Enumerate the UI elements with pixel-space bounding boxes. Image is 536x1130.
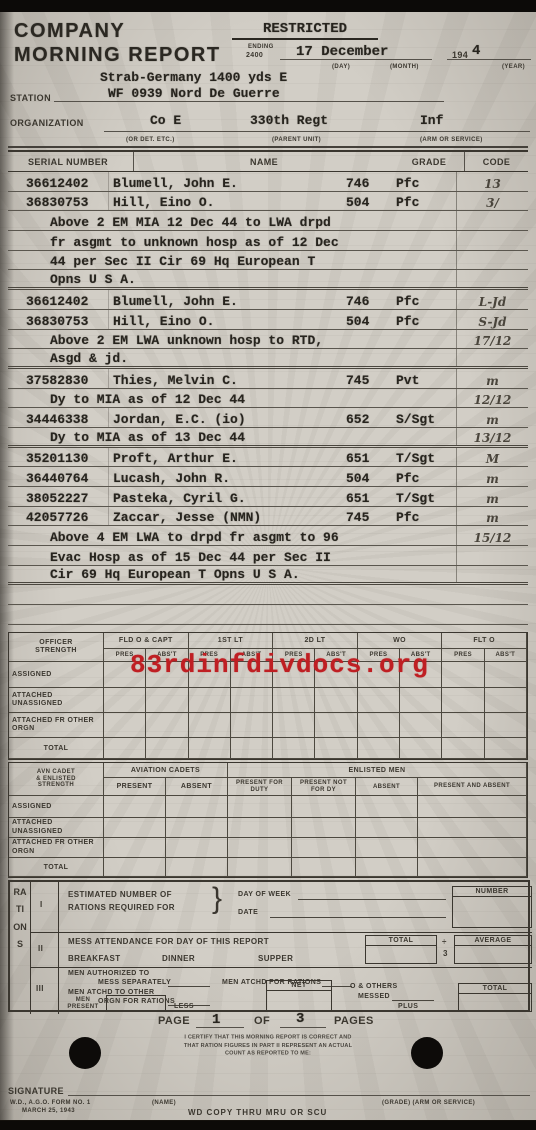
table-cell bbox=[104, 796, 166, 818]
form-number: W.D., A.G.O. FORM NO. 1 bbox=[10, 1100, 91, 1106]
day-of-week-blank bbox=[298, 892, 446, 900]
subheader-present: PRESENT bbox=[104, 778, 166, 796]
pages-label: PAGES bbox=[334, 1015, 374, 1027]
grade-value: Pfc bbox=[396, 510, 456, 525]
row-label-assigned: ASSIGNED bbox=[9, 662, 104, 688]
rations-total-label: TOTAL bbox=[459, 984, 531, 994]
row-label-attached-fr-other-orgn: ATTACHED FR OTHER ORGN bbox=[9, 838, 104, 858]
rations-divider bbox=[58, 882, 59, 1014]
soldier-name: Hill, Eino O. bbox=[108, 310, 346, 329]
corner-line2: & ENLISTED bbox=[36, 776, 76, 782]
report-date: 17 December bbox=[296, 44, 388, 60]
table-cell bbox=[292, 838, 356, 858]
men-authorized-label: MEN AUTHORIZED TO bbox=[68, 970, 149, 977]
serial-number: 34446338 bbox=[8, 412, 108, 427]
table-cell bbox=[189, 713, 231, 738]
table-cell bbox=[166, 858, 228, 877]
section-numeral-iii: III bbox=[36, 984, 44, 993]
handwritten-code bbox=[456, 251, 528, 270]
men-present-label: MEN PRESENT bbox=[62, 997, 104, 1011]
year-sublabel: (YEAR) bbox=[502, 64, 525, 70]
table-cell bbox=[418, 838, 527, 858]
soldier-name: Pasteka, Cyril G. bbox=[108, 487, 346, 506]
serial-number: 36440764 bbox=[8, 471, 108, 486]
soldier-name: Hill, Eino O. bbox=[108, 192, 346, 211]
remark-text: Above 2 EM MIA 12 Dec 44 to LWA drpd bbox=[8, 215, 456, 230]
corner-line1: AVN CADET bbox=[37, 769, 75, 775]
blank-ruled-line bbox=[8, 605, 528, 625]
remark-text: Dy to MIA as of 12 Dec 44 bbox=[8, 392, 456, 407]
handwritten-code bbox=[456, 349, 528, 366]
table-cell bbox=[231, 713, 273, 738]
organization-arm: Inf bbox=[420, 113, 443, 128]
enlisted-strength-table: AVN CADET & ENLISTED STRENGTH AVIATION C… bbox=[8, 762, 528, 878]
rations-divider bbox=[30, 882, 31, 1014]
grade-value: Pfc bbox=[396, 314, 456, 329]
table-cell bbox=[146, 713, 188, 738]
number-box: NUMBER bbox=[452, 886, 532, 928]
organization-parent-unit: 330th Regt bbox=[250, 113, 328, 128]
column-header-grade: GRADE bbox=[394, 157, 464, 167]
table-cell bbox=[358, 738, 400, 759]
table-row-remark: Above 2 EM MIA 12 Dec 44 to LWA drpd bbox=[8, 211, 528, 231]
rations-vertical-label: RATIONS bbox=[13, 884, 27, 954]
table-row-remark: Evac Hosp as of 15 Dec 44 per Sec II bbox=[8, 546, 528, 566]
section-numeral-ii: II bbox=[38, 944, 43, 953]
group-header-enlisted-men: ENLISTED MEN bbox=[228, 763, 527, 778]
year-prefix: 194 bbox=[452, 50, 468, 60]
handwritten-code: m bbox=[456, 467, 528, 486]
table-cell bbox=[228, 818, 292, 838]
mess-separately-label: MESS SEPARATELY bbox=[98, 979, 171, 986]
rations-divider bbox=[30, 932, 532, 933]
of-label: OF bbox=[254, 1015, 270, 1027]
table-cell bbox=[146, 738, 188, 759]
o-and-others-label: O & OTHERS bbox=[350, 983, 398, 990]
table-cell bbox=[104, 688, 146, 713]
morning-report-scan: COMPANY RESTRICTED MORNING REPORT ENDING… bbox=[0, 0, 536, 1130]
table-cell bbox=[228, 858, 292, 877]
messed-blank bbox=[392, 993, 434, 1001]
organization-unit: Co E bbox=[150, 113, 181, 128]
table-row-remark: Above 4 EM LWA to drpd fr asgmt to 96 15… bbox=[8, 526, 528, 546]
handwritten-code: L-Jd bbox=[456, 290, 528, 309]
soldier-name: Lucash, John R. bbox=[108, 467, 346, 486]
blank-ruled-line bbox=[8, 585, 528, 605]
form-title-line2: MORNING REPORT bbox=[14, 44, 221, 67]
table-cell bbox=[485, 713, 527, 738]
brace-glyph: } bbox=[212, 882, 222, 916]
month-sublabel: (MONTH) bbox=[390, 64, 419, 70]
table-cell bbox=[315, 713, 357, 738]
signature-line bbox=[68, 1082, 530, 1096]
table-row: 36830753 Hill, Eino O. 504 Pfc S-Jd bbox=[8, 310, 528, 330]
rations-section: RATIONS I II III ESTIMATED NUMBER OF RAT… bbox=[8, 880, 530, 1012]
table-cell bbox=[315, 688, 357, 713]
table-cell bbox=[273, 713, 315, 738]
day-sublabel: (DAY) bbox=[332, 64, 350, 70]
subheader-abst: ABS'T bbox=[485, 649, 527, 662]
table-row-remark: Above 2 EM LWA unknown hosp to RTD, 17/1… bbox=[8, 330, 528, 350]
rations-required-label1: ESTIMATED NUMBER OF bbox=[68, 890, 172, 899]
group-header-fld-o-capt: FLD O & CAPT bbox=[104, 633, 189, 649]
soldier-name: Proft, Arthur E. bbox=[108, 448, 346, 467]
table-cell bbox=[189, 738, 231, 759]
remark-text: 44 per Sec II Cir 69 Hq European T bbox=[8, 254, 456, 269]
table-cell bbox=[418, 858, 527, 877]
column-header-serial: SERIAL NUMBER bbox=[8, 152, 134, 171]
certification-line3: COUNT AS REPORTED TO ME: bbox=[130, 1050, 406, 1058]
table-row: 36612402 Blumell, John E. 746 Pfc L-Jd bbox=[8, 290, 528, 310]
table-cell bbox=[231, 688, 273, 713]
table-row-remark: fr asgmt to unknown hosp as of 12 Dec bbox=[8, 231, 528, 251]
remark-text: Asgd & jd. bbox=[8, 351, 456, 366]
average-box: AVERAGE bbox=[454, 935, 532, 964]
handwritten-code: 13/12 bbox=[456, 428, 528, 445]
page-total: 3 bbox=[296, 1011, 304, 1027]
mos-number: 746 bbox=[346, 294, 396, 309]
soldier-name: Blumell, John E. bbox=[108, 290, 346, 309]
table-cell bbox=[400, 688, 442, 713]
organization-label: ORGANIZATION bbox=[10, 118, 84, 128]
table-row: 35201130 Proft, Arthur E. 651 T/Sgt M bbox=[8, 448, 528, 468]
handwritten-code: S-Jd bbox=[456, 310, 528, 329]
row-label-total: TOTAL bbox=[9, 738, 104, 759]
enlisted-strength-corner: AVN CADET & ENLISTED STRENGTH bbox=[9, 763, 104, 796]
mos-number: 745 bbox=[346, 373, 396, 388]
mos-number: 746 bbox=[346, 176, 396, 191]
handwritten-code: 3/ bbox=[456, 192, 528, 211]
table-cell bbox=[104, 858, 166, 877]
table-cell bbox=[356, 838, 418, 858]
archive-watermark: 83rdinfdivdocs.org bbox=[130, 650, 429, 680]
mess-total-box: TOTAL bbox=[365, 935, 437, 964]
column-header-code: CODE bbox=[464, 152, 528, 171]
roster-header-row: SERIAL NUMBER NAME GRADE CODE bbox=[8, 150, 528, 172]
table-cell bbox=[273, 688, 315, 713]
table-cell bbox=[146, 688, 188, 713]
certification-line2: THAT RATION FIGURES IN PART II REPRESENT… bbox=[130, 1042, 406, 1050]
table-cell bbox=[356, 818, 418, 838]
grade-value: T/Sgt bbox=[396, 491, 456, 506]
handwritten-code: 12/12 bbox=[456, 389, 528, 408]
net-box: NET bbox=[266, 980, 332, 1012]
remark-text: Above 2 EM LWA unknown hosp to RTD, bbox=[8, 333, 456, 348]
soldier-name: Jordan, E.C. (io) bbox=[108, 408, 346, 427]
mos-number: 745 bbox=[346, 510, 396, 525]
year-typed: 4 bbox=[472, 43, 480, 59]
mos-number: 652 bbox=[346, 412, 396, 427]
handwritten-code: m bbox=[456, 408, 528, 427]
handwritten-code: 15/12 bbox=[456, 526, 528, 545]
net-label: NET bbox=[267, 981, 331, 991]
grade-value: Pfc bbox=[396, 176, 456, 191]
row-label-attached-unassigned: ATTACHED UNASSIGNED bbox=[9, 688, 104, 713]
table-row: 36830753 Hill, Eino O. 504 Pfc 3/ bbox=[8, 192, 528, 212]
grade-value: Pfc bbox=[396, 471, 456, 486]
row-label-attached-fr-other-orgn: ATTACHED FR OTHER ORGN bbox=[9, 713, 104, 738]
plus-label: PLUS bbox=[398, 1003, 418, 1010]
table-row: 36612402 Blumell, John E. 746 Pfc 13 bbox=[8, 172, 528, 192]
breakfast-label: BREAKFAST bbox=[68, 954, 121, 963]
serial-number: 36830753 bbox=[8, 195, 108, 210]
table-cell bbox=[104, 738, 146, 759]
table-cell bbox=[400, 713, 442, 738]
table-cell bbox=[442, 713, 484, 738]
rations-total-box: TOTAL bbox=[458, 983, 532, 1012]
table-cell bbox=[358, 688, 400, 713]
certification-line1: I CERTIFY THAT THIS MORNING REPORT IS CO… bbox=[130, 1034, 406, 1042]
mos-number: 504 bbox=[346, 195, 396, 210]
unit-sublabel: (OR DET. ETC.) bbox=[126, 137, 175, 143]
soldier-name: Blumell, John E. bbox=[108, 172, 346, 191]
table-cell bbox=[485, 738, 527, 759]
roster-entries: 36612402 Blumell, John E. 746 Pfc 13 368… bbox=[8, 172, 528, 625]
date-blank bbox=[270, 910, 446, 918]
dinner-label: DINNER bbox=[162, 954, 195, 963]
table-cell bbox=[442, 688, 484, 713]
table-cell bbox=[292, 858, 356, 877]
grade-value: Pvt bbox=[396, 373, 456, 388]
group-header-aviation-cadets: AVIATION CADETS bbox=[104, 763, 228, 778]
handwritten-code bbox=[456, 231, 528, 250]
handwritten-code bbox=[456, 546, 528, 565]
mos-number: 504 bbox=[346, 314, 396, 329]
subheader-pres: PRES bbox=[442, 649, 484, 662]
table-row: 38052227 Pasteka, Cyril G. 651 T/Sgt m bbox=[8, 487, 528, 507]
number-box-label: NUMBER bbox=[453, 887, 531, 897]
table-cell bbox=[292, 796, 356, 818]
supper-label: SUPPER bbox=[258, 954, 293, 963]
mos-number: 651 bbox=[346, 491, 396, 506]
row-label-attached-unassigned: ATTACHED UNASSIGNED bbox=[9, 818, 104, 838]
form-title-line1: COMPANY bbox=[14, 20, 125, 43]
serial-number: 37582830 bbox=[8, 373, 108, 388]
handwritten-code: m bbox=[456, 369, 528, 388]
grade-value: Pfc bbox=[396, 195, 456, 210]
officer-strength-corner: OFFICER STRENGTH bbox=[9, 633, 104, 662]
table-cell bbox=[104, 713, 146, 738]
section-divider bbox=[8, 146, 528, 148]
handwritten-code bbox=[456, 211, 528, 230]
page-number: 1 bbox=[212, 1012, 220, 1028]
copy-routing-note: WD COPY THRU MRU OR SCU bbox=[188, 1108, 327, 1117]
classification-stamp: RESTRICTED bbox=[232, 21, 378, 40]
table-cell bbox=[166, 838, 228, 858]
serial-number: 38052227 bbox=[8, 491, 108, 506]
handwritten-code: m bbox=[456, 507, 528, 526]
serial-number: 36612402 bbox=[8, 176, 108, 191]
table-cell bbox=[418, 796, 527, 818]
table-row-remark: 44 per Sec II Cir 69 Hq European T bbox=[8, 251, 528, 271]
mess-separately-blank bbox=[168, 979, 210, 987]
ending-label: ENDING bbox=[248, 44, 274, 50]
remark-text: fr asgmt to unknown hosp as of 12 Dec bbox=[8, 235, 456, 250]
parent-unit-sublabel: (PARENT UNIT) bbox=[272, 137, 321, 143]
soldier-name: Thies, Melvin C. bbox=[108, 369, 346, 388]
table-cell bbox=[442, 662, 484, 688]
ending-time: 2400 bbox=[246, 52, 263, 59]
scan-top-border bbox=[0, 0, 536, 12]
subheader-present-not-for-dy: PRESENT NOT FOR DY bbox=[292, 778, 356, 796]
mess-attendance-title: MESS ATTENDANCE FOR DAY OF THIS REPORT bbox=[68, 937, 269, 946]
table-cell bbox=[356, 796, 418, 818]
table-row: 36440764 Lucash, John R. 504 Pfc m bbox=[8, 467, 528, 487]
corner-line3: STRENGTH bbox=[38, 782, 74, 788]
less-label: LESS bbox=[174, 1003, 194, 1010]
group-header-2d-lt: 2D LT bbox=[273, 633, 358, 649]
table-cell bbox=[231, 738, 273, 759]
table-cell bbox=[315, 738, 357, 759]
handwritten-code bbox=[456, 270, 528, 287]
serial-number: 42057726 bbox=[8, 510, 108, 525]
table-row-remark: Cir 69 Hq European T Opns U S A. bbox=[8, 566, 528, 586]
rations-divider bbox=[30, 967, 532, 968]
men-present-box bbox=[106, 995, 166, 1012]
table-cell bbox=[358, 713, 400, 738]
handwritten-code: 13 bbox=[456, 172, 528, 191]
messed-label: MESSED bbox=[358, 993, 390, 1000]
table-row-remark: Dy to MIA as of 13 Dec 44 13/12 bbox=[8, 428, 528, 448]
day-of-week-label: DAY OF WEEK bbox=[238, 891, 291, 898]
table-cell bbox=[228, 838, 292, 858]
subheader-absent: ABSENT bbox=[166, 778, 228, 796]
certification-text: I CERTIFY THAT THIS MORNING REPORT IS CO… bbox=[130, 1034, 406, 1058]
table-cell bbox=[189, 688, 231, 713]
table-cell bbox=[400, 738, 442, 759]
handwritten-code: 17/12 bbox=[456, 330, 528, 349]
page-label: PAGE bbox=[158, 1015, 190, 1027]
handwritten-code: m bbox=[456, 487, 528, 506]
subheader-absent: ABSENT bbox=[356, 778, 418, 796]
handwritten-code: M bbox=[456, 448, 528, 467]
remark-text: Opns U S A. bbox=[8, 272, 456, 287]
group-header-1st-lt: 1ST LT bbox=[189, 633, 274, 649]
name-sublabel: (NAME) bbox=[152, 1100, 176, 1106]
handwritten-code bbox=[456, 566, 528, 583]
column-header-name: NAME bbox=[134, 157, 394, 167]
table-cell bbox=[273, 738, 315, 759]
corner-line1: OFFICER bbox=[39, 639, 73, 646]
table-cell bbox=[166, 796, 228, 818]
table-cell bbox=[104, 838, 166, 858]
table-cell bbox=[485, 662, 527, 688]
station-ruled-line bbox=[54, 88, 444, 102]
table-row-remark: Dy to MIA as of 12 Dec 44 12/12 bbox=[8, 389, 528, 409]
table-cell bbox=[442, 738, 484, 759]
section-numeral-i: I bbox=[40, 900, 43, 909]
grade-arm-sublabel: (GRADE) (ARM OR SERVICE) bbox=[382, 1100, 475, 1106]
soldier-name: Zaccar, Jesse (NMN) bbox=[108, 507, 346, 526]
table-cell bbox=[104, 818, 166, 838]
table-cell bbox=[228, 796, 292, 818]
row-label-total: TOTAL bbox=[9, 858, 104, 877]
group-header-wo: WO bbox=[358, 633, 443, 649]
punch-hole-left bbox=[69, 1037, 101, 1069]
mess-total-label: TOTAL bbox=[366, 936, 436, 946]
row-label-assigned: ASSIGNED bbox=[9, 796, 104, 818]
punch-hole-right bbox=[411, 1037, 443, 1069]
date-label: DATE bbox=[238, 909, 258, 916]
signature-label: SIGNATURE bbox=[8, 1086, 64, 1096]
table-row: 37582830 Thies, Melvin C. 745 Pvt m bbox=[8, 369, 528, 389]
remark-text: Above 4 EM LWA to drpd fr asgmt to 96 bbox=[8, 530, 456, 545]
mos-number: 504 bbox=[346, 471, 396, 486]
grade-value: T/Sgt bbox=[396, 451, 456, 466]
table-cell bbox=[166, 818, 228, 838]
rations-required-label2: RATIONS REQUIRED FOR bbox=[68, 903, 175, 912]
arm-sublabel: (ARM OR SERVICE) bbox=[420, 137, 483, 143]
divide-sign: ÷ bbox=[442, 937, 447, 946]
table-row: 34446338 Jordan, E.C. (io) 652 S/Sgt m bbox=[8, 408, 528, 428]
remark-text: Cir 69 Hq European T Opns U S A. bbox=[8, 567, 456, 582]
divide-number: 3 bbox=[443, 949, 448, 958]
serial-number: 36830753 bbox=[8, 314, 108, 329]
form-date: MARCH 25, 1943 bbox=[22, 1108, 75, 1114]
group-header-flt-o: FLT O bbox=[442, 633, 527, 649]
serial-number: 35201130 bbox=[8, 451, 108, 466]
table-cell bbox=[485, 688, 527, 713]
remark-text: Dy to MIA as of 13 Dec 44 bbox=[8, 430, 456, 445]
mos-number: 651 bbox=[346, 451, 396, 466]
station-label: STATION bbox=[10, 93, 51, 103]
grade-value: Pfc bbox=[396, 294, 456, 309]
table-row: 42057726 Zaccar, Jesse (NMN) 745 Pfc m bbox=[8, 507, 528, 527]
remark-text: Evac Hosp as of 15 Dec 44 per Sec II bbox=[8, 550, 456, 565]
table-cell bbox=[292, 818, 356, 838]
station-value-line1: Strab-Germany 1400 yds E bbox=[100, 70, 287, 85]
serial-number: 36612402 bbox=[8, 294, 108, 309]
table-cell bbox=[356, 858, 418, 877]
subheader-present-for-duty: PRESENT FOR DUTY bbox=[228, 778, 292, 796]
table-row-remark: Asgd & jd. bbox=[8, 349, 528, 369]
table-row-remark: Opns U S A. bbox=[8, 270, 528, 290]
subheader-present-and-absent: PRESENT AND ABSENT bbox=[418, 778, 527, 796]
corner-line2: STRENGTH bbox=[35, 647, 77, 654]
scan-bottom-border bbox=[0, 1121, 536, 1130]
grade-value: S/Sgt bbox=[396, 412, 456, 427]
table-cell bbox=[418, 818, 527, 838]
average-label: AVERAGE bbox=[455, 936, 531, 946]
